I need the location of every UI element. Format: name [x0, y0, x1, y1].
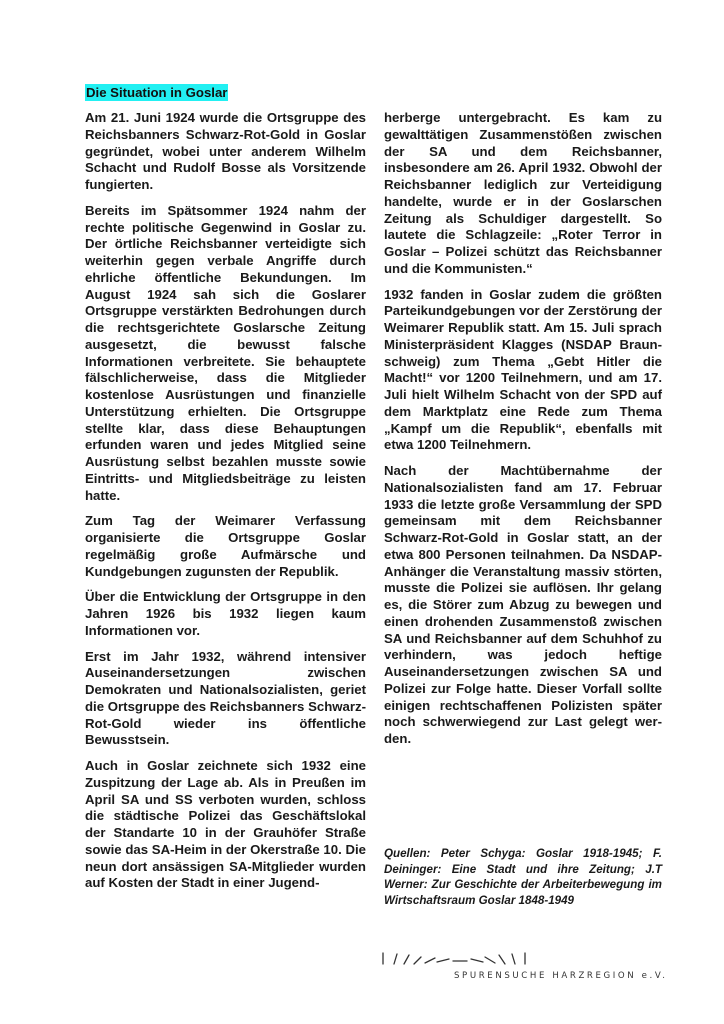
paragraph: Zum Tag der Weimarer Verfassung organisi… [85, 513, 366, 580]
right-column: herberge untergebracht. Es kam zu gewalt… [384, 110, 662, 757]
paragraph: Auch in Goslar zeichnete sich 1932 eine … [85, 758, 366, 892]
paragraph: herberge untergebracht. Es kam zu gewalt… [384, 110, 662, 278]
sunrise-rays-logo-icon [381, 950, 531, 970]
left-column: Die Situation in Goslar Am 21. Juni 1924… [85, 84, 366, 901]
paragraph: Bereits im Spätsommer 1924 nahm der rech… [85, 203, 366, 505]
sources-citation: Quellen: Peter Schyga: Goslar 1918-1945;… [384, 846, 662, 908]
paragraph: Über die Entwicklung der Ortsgruppe in d… [85, 589, 366, 639]
document-page: Die Situation in Goslar Am 21. Juni 1924… [0, 0, 724, 1024]
section-heading: Die Situation in Goslar [85, 84, 228, 101]
footer-logo: SPURENSUCHE HARZREGION e.V. [381, 950, 661, 990]
paragraph: Nach der Machtübernahme der Nationalsozi… [384, 463, 662, 748]
organization-name: SPURENSUCHE HARZREGION e.V. [454, 971, 668, 981]
paragraph: 1932 fanden in Goslar zudem die größten … [384, 287, 662, 455]
paragraph: Am 21. Juni 1924 wurde die Ortsgruppe de… [85, 110, 366, 194]
paragraph: Erst im Jahr 1932, während intensiver Au… [85, 649, 366, 750]
